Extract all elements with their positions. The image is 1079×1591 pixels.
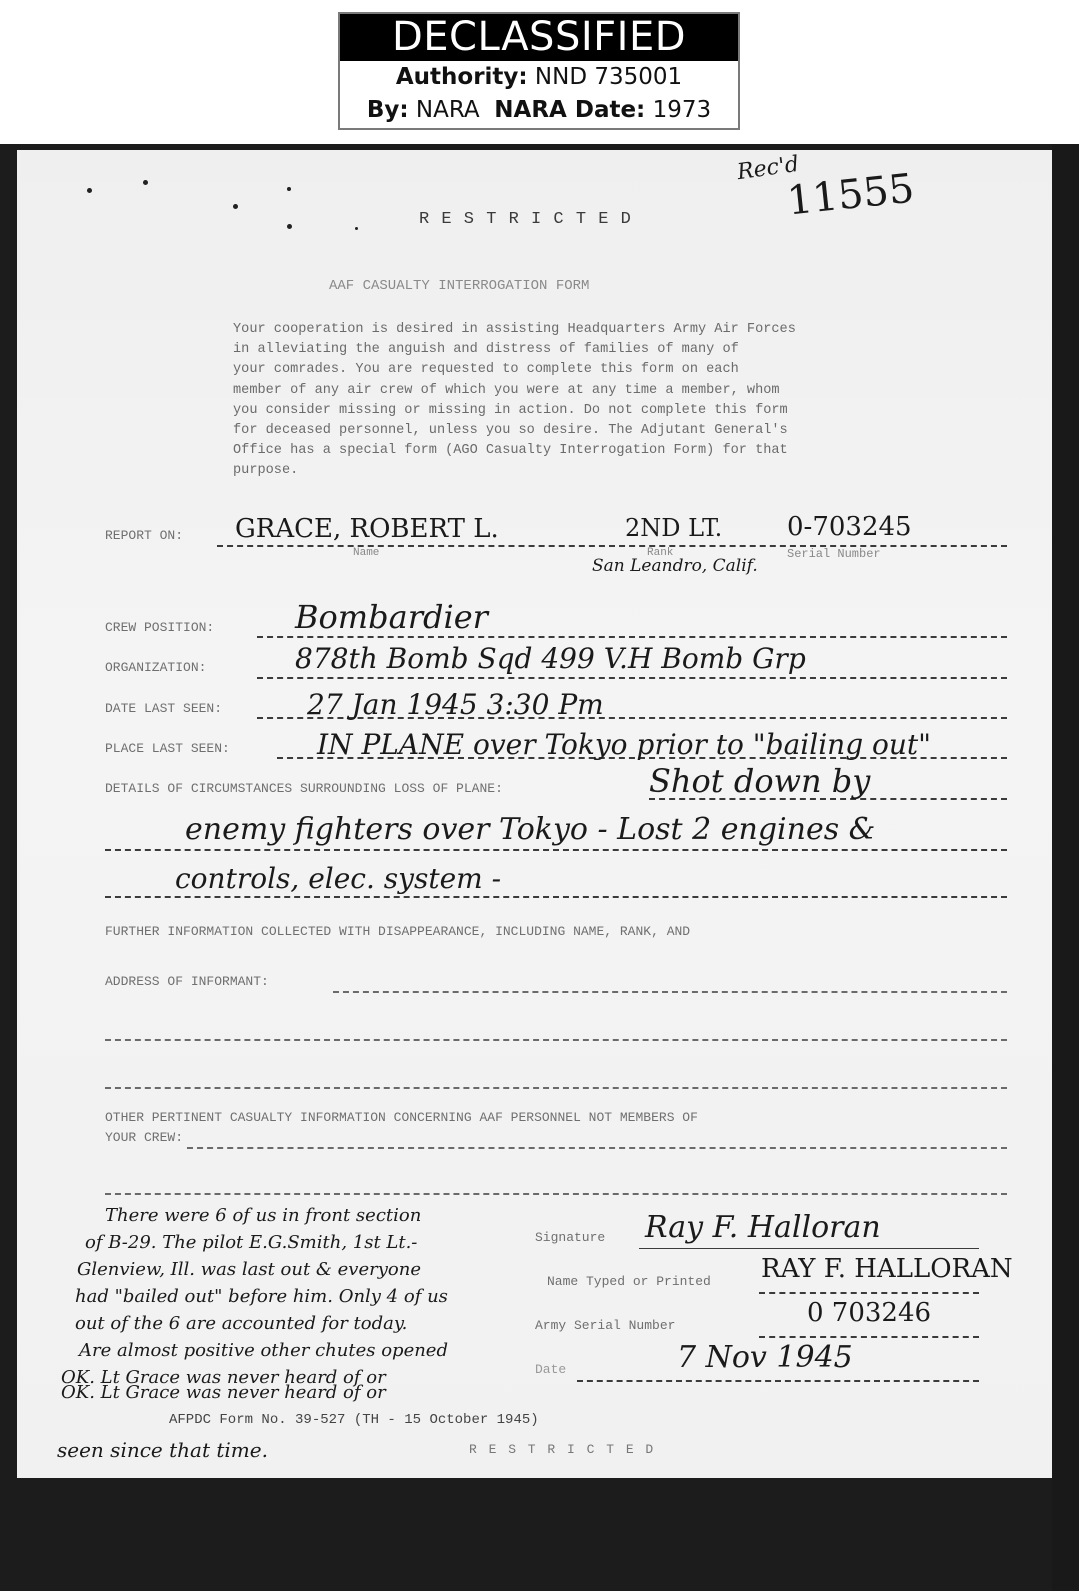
stamp-title: DECLASSIFIED [340, 14, 738, 61]
nara-date-value: 1973 [653, 97, 712, 123]
instruction-line: Office has a special form (AGO Casualty … [233, 441, 993, 461]
further-info-label-2: ADDRESS OF INFORMANT: [105, 974, 269, 989]
other-info-label-2: YOUR CREW: [105, 1130, 183, 1145]
note-line: had "bailed out" before him. Only 4 of u… [53, 1283, 573, 1310]
scanned-document: R E S T R I C T E D Rec'd 11555 AAF CASU… [0, 144, 1079, 1591]
date-line [577, 1380, 979, 1382]
report-on-line [217, 545, 1007, 547]
note-line: There were 6 of us in front section [53, 1202, 573, 1229]
note-line: Glenview, Ill. was last out & everyone [53, 1256, 573, 1283]
details-value-3[interactable]: controls, elec. system - [175, 862, 501, 895]
organization-value[interactable]: 878th Bomb Sqd 499 V.H Bomb Grp [295, 642, 806, 675]
authority-label: Authority: [396, 64, 528, 90]
name-caption: Name [353, 547, 379, 559]
further-info-line-2[interactable] [105, 1039, 1007, 1041]
details-line-2 [105, 849, 1007, 851]
note-line: of B-29. The pilot E.G.Smith, 1st Lt.- [53, 1229, 573, 1256]
missing-person-serial[interactable]: 0-703245 [787, 512, 912, 542]
punch-mark [143, 180, 148, 185]
serial-caption: Serial Number [787, 547, 881, 561]
signature-label: Signature [535, 1230, 605, 1245]
place-last-seen-label: PLACE LAST SEEN: [105, 741, 230, 756]
restricted-footer: R E S T R I C T E D [469, 1442, 655, 1457]
authority-value: NND 735001 [535, 64, 682, 90]
other-info-line-2[interactable] [105, 1193, 1007, 1195]
note-line: OK. Lt Grace was never heard of or [61, 1382, 386, 1403]
by-value: NARA [416, 97, 480, 123]
crew-position-label: CREW POSITION: [105, 620, 214, 635]
details-label: DETAILS OF CIRCUMSTANCES SURROUNDING LOS… [105, 781, 503, 796]
stamp-by: By: NARA NARA Date: 1973 [340, 94, 738, 127]
missing-person-rank[interactable]: 2ND LT. [625, 514, 722, 542]
scan-edge [1052, 144, 1079, 1591]
name-printed-line [759, 1292, 979, 1294]
punch-mark [233, 204, 238, 209]
handwritten-margin-note: There were 6 of us in front section of B… [53, 1202, 573, 1391]
signature-value[interactable]: Ray F. Halloran [645, 1210, 881, 1245]
further-info-label-1: FURTHER INFORMATION COLLECTED WITH DISAP… [105, 924, 690, 939]
missing-person-name[interactable]: GRACE, ROBERT L. [235, 514, 499, 544]
stamp-authority: Authority: NND 735001 [340, 61, 738, 94]
form-page: R E S T R I C T E D Rec'd 11555 AAF CASU… [17, 150, 1052, 1478]
by-label: By: [367, 97, 409, 123]
restricted-header: R E S T R I C T E D [419, 210, 632, 229]
instruction-line: purpose. [233, 461, 993, 481]
other-info-line-1[interactable] [187, 1147, 1007, 1149]
date-last-seen-label: DATE LAST SEEN: [105, 701, 222, 716]
note-line: seen since that time. [57, 1438, 268, 1462]
form-number: AFPDC Form No. 39-527 (TH - 15 October 1… [169, 1412, 539, 1428]
organization-label: ORGANIZATION: [105, 660, 206, 675]
report-on-label: REPORT ON: [105, 528, 183, 543]
declassified-stamp: DECLASSIFIED Authority: NND 735001 By: N… [338, 12, 740, 130]
date-label: Date [535, 1362, 566, 1377]
instruction-line: you consider missing or missing in actio… [233, 401, 993, 421]
place-last-seen-value[interactable]: IN PLANE over Tokyo prior to "bailing ou… [317, 728, 931, 761]
hometown: San Leandro, Calif. [592, 556, 758, 576]
instruction-line: your comrades. You are requested to comp… [233, 360, 993, 380]
punch-mark [87, 188, 92, 193]
details-value-1[interactable]: Shot down by [649, 762, 870, 800]
instructions-paragraph: Your cooperation is desired in assisting… [233, 320, 993, 482]
received-number: 11555 [785, 165, 916, 224]
note-line: out of the 6 are accounted for today. [53, 1310, 573, 1337]
name-printed-label: Name Typed or Printed [547, 1274, 711, 1289]
instruction-line: Your cooperation is desired in assisting… [233, 320, 993, 340]
instruction-line: member of any air crew of which you were… [233, 381, 993, 401]
note-line: Are almost positive other chutes opened [53, 1337, 573, 1364]
further-info-line-3[interactable] [105, 1087, 1007, 1089]
details-line-3 [105, 896, 1007, 898]
nara-date-label: NARA Date: [494, 97, 645, 123]
signature-line [639, 1248, 979, 1249]
punch-mark [287, 187, 291, 191]
army-serial-value[interactable]: 0 703246 [807, 1298, 931, 1328]
army-serial-line [759, 1336, 979, 1338]
punch-mark [355, 227, 358, 230]
instruction-line: in alleviating the anguish and distress … [233, 340, 993, 360]
crew-position-value[interactable]: Bombardier [295, 598, 488, 636]
details-value-2[interactable]: enemy fighters over Tokyo - Lost 2 engin… [185, 812, 875, 847]
form-title: AAF CASUALTY INTERROGATION FORM [329, 278, 589, 294]
other-info-label-1: OTHER PERTINENT CASUALTY INFORMATION CON… [105, 1110, 698, 1125]
further-info-line-1[interactable] [333, 991, 1007, 993]
name-printed-value[interactable]: RAY F. HALLORAN [761, 1254, 1013, 1284]
date-last-seen-value[interactable]: 27 Jan 1945 3:30 Pm [307, 688, 604, 721]
instruction-line: for deceased personnel, unless you so de… [233, 421, 993, 441]
organization-line [257, 677, 1007, 679]
date-value[interactable]: 7 Nov 1945 [677, 1340, 853, 1375]
army-serial-label: Army Serial Number [535, 1318, 675, 1333]
punch-mark [287, 224, 292, 229]
crew-position-line [257, 636, 1007, 638]
